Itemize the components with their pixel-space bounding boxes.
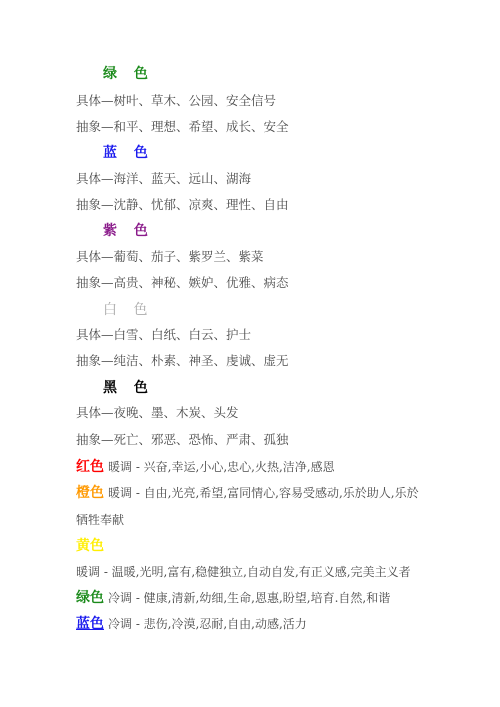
heading-green: 绿 色 [103, 65, 154, 83]
tone-green-label: 绿色 [76, 590, 104, 606]
tone-red-text: 暖调 - 兴奋,幸运,小心,忠心,火热,洁净,感恩 [108, 460, 335, 474]
tone-yellow: 黄色 [76, 537, 108, 555]
heading-white: 白 色 [103, 301, 153, 319]
black-abstract: 抽象—死亡、邪恶、恐怖、严肃、孤独 [76, 432, 289, 448]
tone-yellow-text: 暖调 - 温暖,光明,富有,稳健独立,自动自发,有正义感,完美主义者 [76, 564, 411, 580]
tone-orange-text: 暖调 - 自由,光亮,希望,富同情心,容易受感动,乐於助人,乐於 [108, 486, 419, 500]
green-concrete: 具体—树叶、草木、公园、安全信号 [76, 93, 276, 109]
tone-blue-label: 蓝色 [76, 616, 104, 632]
tone-red: 红色暖调 - 兴奋,幸运,小心,忠心,火热,洁净,感恩 [76, 458, 335, 476]
tone-orange-continuation: 牺牲奉献 [76, 512, 124, 528]
purple-abstract: 抽象—高贵、神秘、嫉妒、优雅、病态 [76, 275, 289, 291]
tone-yellow-label: 黄色 [76, 538, 104, 554]
tone-orange: 橙色暖调 - 自由,光亮,希望,富同情心,容易受感动,乐於助人,乐於 [76, 484, 419, 502]
tone-blue-text: 冷调 - 悲伤,冷漠,忍耐,自由,动感,活力 [108, 617, 307, 631]
blue-concrete: 具体—海洋、蓝天、远山、湖海 [76, 171, 251, 187]
purple-concrete: 具体—葡萄、茄子、紫罗兰、紫菜 [76, 249, 264, 265]
green-abstract: 抽象—和平、理想、希望、成长、安全 [76, 119, 289, 135]
heading-purple: 紫 色 [103, 222, 154, 240]
tone-red-label: 红色 [76, 459, 104, 475]
tone-green-text: 冷调 - 健康,清新,幼细,生命,恩惠,盼望,培育.自然,和谐 [108, 591, 390, 605]
tone-blue: 蓝色冷调 - 悲伤,冷漠,忍耐,自由,动感,活力 [76, 615, 307, 633]
white-abstract: 抽象—纯洁、朴素、神圣、虔诚、虚无 [76, 353, 289, 369]
tone-orange-label: 橙色 [76, 485, 104, 501]
document-page: 绿 色 具体—树叶、草木、公园、安全信号 抽象—和平、理想、希望、成长、安全 蓝… [0, 0, 500, 707]
heading-blue: 蓝 色 [103, 144, 154, 162]
white-concrete: 具体—白雪、白纸、白云、护士 [76, 327, 251, 343]
heading-black: 黑 色 [103, 379, 154, 397]
blue-abstract: 抽象—沈静、忧郁、凉爽、理性、自由 [76, 197, 289, 213]
tone-green: 绿色冷调 - 健康,清新,幼细,生命,恩惠,盼望,培育.自然,和谐 [76, 589, 390, 607]
black-concrete: 具体—夜晚、墨、木炭、头发 [76, 405, 239, 421]
